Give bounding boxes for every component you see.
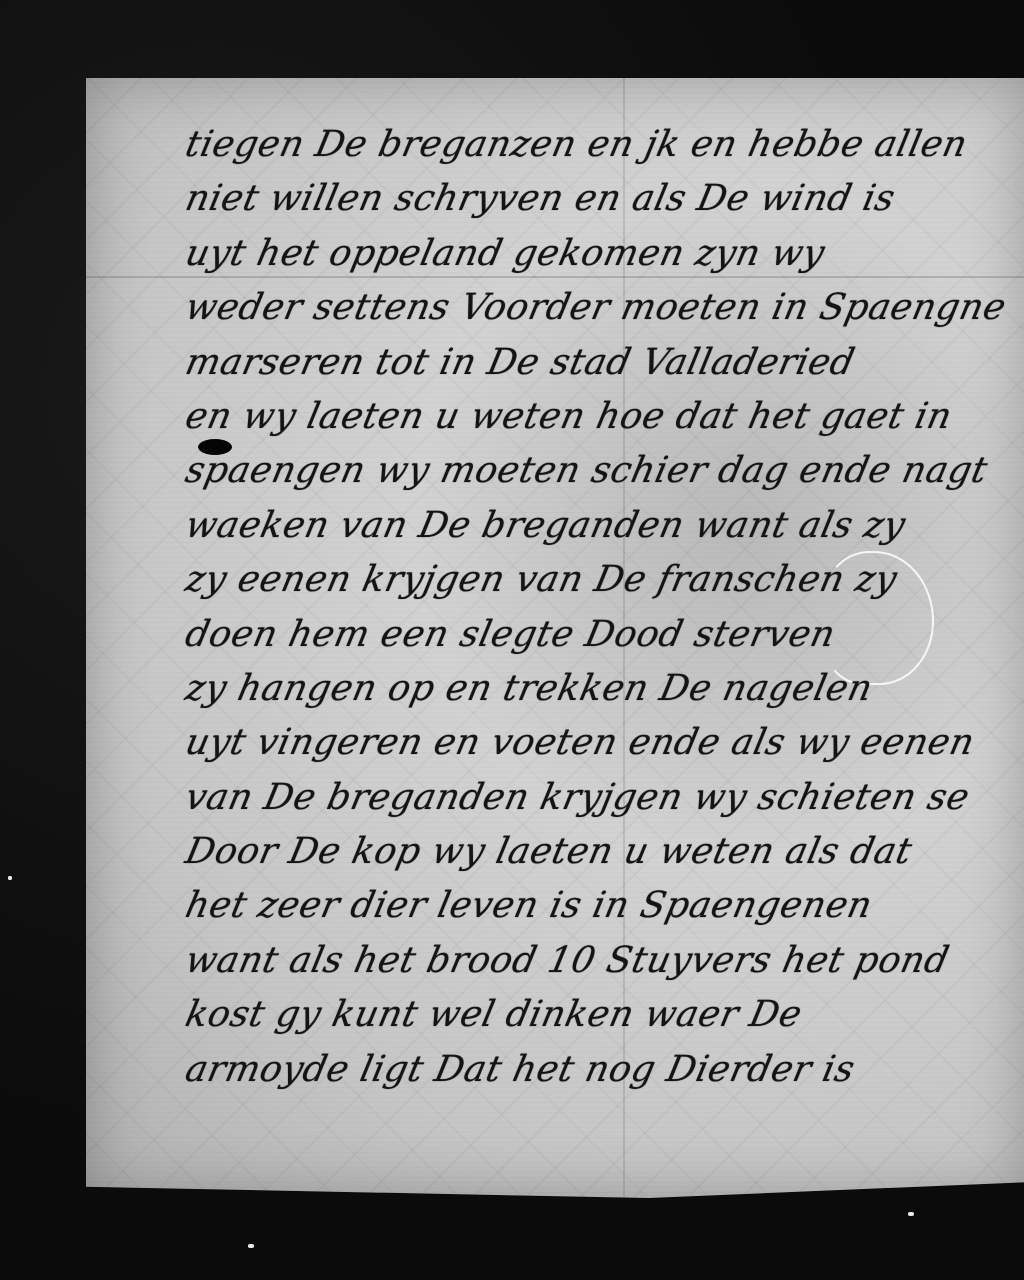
text-line: het zeer dier leven is in Spaengenen	[180, 879, 1024, 933]
letter-paper: tiegen De breganzen en jk en hebbe allen…	[86, 78, 1024, 1198]
dust-speck	[248, 1244, 254, 1248]
text-line: zy hangen op en trekken De nagelen	[180, 662, 1024, 716]
text-line: niet willen schryven en als De wind is	[180, 172, 1024, 226]
text-line: uyt het oppeland gekomen zyn wy	[180, 227, 1024, 281]
text-line: marseren tot in De stad Valladeried	[180, 336, 1024, 390]
text-line: waeken van De breganden want als zy	[180, 499, 1024, 553]
text-line: zy eenen kryjgen van De franschen zy	[180, 553, 1024, 607]
text-line: armoyde ligt Dat het nog Dierder is	[180, 1043, 1024, 1097]
text-line: tiegen De breganzen en jk en hebbe allen	[180, 118, 1024, 172]
scanned-page: tiegen De breganzen en jk en hebbe allen…	[0, 0, 1024, 1280]
text-line: doen hem een slegte Dood sterven	[180, 608, 1024, 662]
text-line: van De breganden kryjgen wy schieten se	[180, 771, 1024, 825]
text-line: Door De kop wy laeten u weten als dat	[180, 825, 1024, 879]
text-line: kost gy kunt wel dinken waer De	[180, 988, 1024, 1042]
text-line: weder settens Voorder moeten in Spaengne	[180, 281, 1024, 335]
text-line: spaengen wy moeten schier dag ende nagt	[180, 444, 1024, 498]
text-line: want als het brood 10 Stuyvers het pond	[180, 934, 1024, 988]
dust-speck	[908, 1212, 914, 1216]
handwritten-text: tiegen De breganzen en jk en hebbe allen…	[186, 118, 1024, 1097]
text-line: uyt vingeren en voeten ende als wy eenen	[180, 716, 1024, 770]
dust-speck	[8, 876, 12, 880]
text-line: en wy laeten u weten hoe dat het gaet in	[180, 390, 1024, 444]
